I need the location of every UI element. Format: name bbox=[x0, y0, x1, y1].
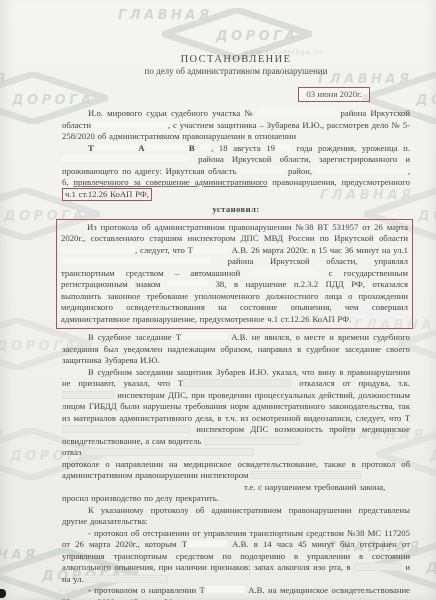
watermark-word: ГЛАВНАЯ bbox=[0, 188, 1, 203]
ustanovil-heading: установил: bbox=[62, 204, 410, 216]
scan-artifact-mark bbox=[0, 589, 6, 598]
text-segment: правонарушения, предусмотренного bbox=[267, 177, 410, 187]
highlighted-article: ч.1 ст.12.26 КоАП РФ, bbox=[62, 188, 152, 201]
redacted-field bbox=[354, 563, 402, 571]
document-body: И.о. мирового судьи судебного участка № … bbox=[62, 108, 410, 600]
dismiss-request-line: просил производство по делу прекратить. bbox=[62, 493, 410, 505]
blank-field bbox=[205, 586, 245, 593]
blank-field bbox=[316, 167, 408, 174]
redacted-field bbox=[62, 425, 190, 433]
watermark-word: ГЛАВНАЯ bbox=[0, 548, 39, 563]
date-stamp: 03 июня 2020г. bbox=[298, 87, 370, 102]
blank-field bbox=[275, 144, 291, 151]
date-row: 03 июня 2020г. bbox=[62, 84, 370, 102]
text-segment: отказ bbox=[62, 447, 84, 457]
redacted-field bbox=[251, 471, 361, 479]
protocol-violations-paragraph: протоколе о направлении на медицинское о… bbox=[62, 459, 410, 482]
scanned-document-page: ГЛАВНАЯ ДОРОГА ГЛАВНАЯ ДОРОГА ГЛАВНАЯ ДО… bbox=[0, 0, 436, 600]
text-segment: года рождения, уроженца п. bbox=[291, 143, 410, 153]
text-segment: Из протокола об административном правона… bbox=[61, 222, 408, 244]
watermark-word: ДОРОГА bbox=[216, 29, 299, 44]
removal-protocol-paragraph: - протокол об отстранении от управления … bbox=[62, 528, 410, 586]
hearing-absence-paragraph: В судебное заседание Т А.В. не явился, о… bbox=[62, 332, 410, 367]
diamond-icon bbox=[162, 8, 312, 60]
text-segment: отказался от продува, т.к. bbox=[291, 378, 410, 388]
referral-protocol-paragraph: - протоколом о направлении Т А.В. на мед… bbox=[62, 585, 410, 600]
blank-field bbox=[145, 144, 189, 151]
text-segment: А.В. 26 марта 2020г. в 15 час 36 минут н… bbox=[229, 245, 408, 255]
text-segment: А bbox=[138, 143, 145, 153]
document-subtitle: по делу об административном правонарушен… bbox=[62, 66, 410, 76]
blank-field bbox=[61, 257, 211, 264]
text-segment: т.е. с нарушением требований закона, bbox=[244, 482, 385, 492]
watermark-word: ГЛАВНАЯ bbox=[118, 8, 213, 23]
blank-field bbox=[195, 144, 211, 151]
law-violation-line: т.е. с нарушением требований закона, bbox=[244, 482, 410, 494]
defendant-paragraph: ТАВ, 18 августа 19 года рождения, урожен… bbox=[62, 143, 410, 201]
document-content: ПОСТАНОВЛЕНИЕ по делу об административно… bbox=[62, 54, 410, 600]
redacted-field bbox=[204, 437, 300, 445]
blank-field bbox=[62, 155, 190, 162]
blank-field bbox=[181, 333, 227, 340]
text-segment: И.о. мирового судьи судебного участка № bbox=[88, 108, 258, 118]
watermark-word: ГЛАВНАЯ bbox=[0, 72, 9, 87]
text-segment: просил производство по делу прекратить. bbox=[62, 493, 219, 503]
text-segment: К указанному протоколу об административн… bbox=[62, 505, 410, 527]
text-segment: , следует, что Т bbox=[135, 245, 193, 255]
blank-field bbox=[258, 109, 336, 116]
text-segment: В судебное заседание Т bbox=[88, 332, 181, 342]
blank-field bbox=[193, 246, 229, 253]
text-segment: привлеченного за совершение администрати… bbox=[73, 177, 267, 187]
watermark-word: ДОРОГА bbox=[426, 561, 436, 576]
redacted-field bbox=[84, 575, 168, 583]
watermark-word: ДОРОГА bbox=[430, 449, 436, 464]
watermark-word: ДОРОГА bbox=[418, 209, 436, 224]
defense-position-paragraph: В судебном заседании защитник Зубарев И.… bbox=[62, 367, 410, 448]
refusal-line: отказ bbox=[62, 447, 410, 459]
text-segment: установил: bbox=[212, 204, 259, 214]
watermark-word: ГЛАВНАЯ bbox=[0, 428, 7, 443]
redacted-field bbox=[62, 391, 114, 399]
watermark-word: ДОРОГА bbox=[416, 93, 436, 108]
text-segment: инспекторам ДПС, при проведении процессу… bbox=[62, 390, 410, 423]
blank-field bbox=[94, 121, 168, 128]
document-title: ПОСТАНОВЛЕНИЕ bbox=[62, 54, 410, 65]
blank-field bbox=[251, 269, 317, 276]
blank-field bbox=[187, 540, 227, 547]
blank-field bbox=[240, 167, 284, 174]
intro-paragraph: И.о. мирового судьи судебного участка № … bbox=[62, 108, 410, 143]
protocol-paragraph: Из протокола об административном правона… bbox=[56, 219, 413, 330]
blank-field bbox=[61, 246, 135, 253]
blank-field bbox=[168, 280, 208, 287]
text-segment: - протоколом о направлении Т bbox=[88, 585, 205, 595]
text-segment: район, bbox=[284, 166, 316, 176]
evidence-intro-paragraph: К указанному протоколу об административн… bbox=[62, 505, 410, 528]
blank-field bbox=[94, 144, 138, 151]
redacted-field bbox=[183, 379, 291, 387]
redacted-field bbox=[84, 448, 254, 456]
text-segment: , 18 августа 19 bbox=[211, 143, 275, 153]
